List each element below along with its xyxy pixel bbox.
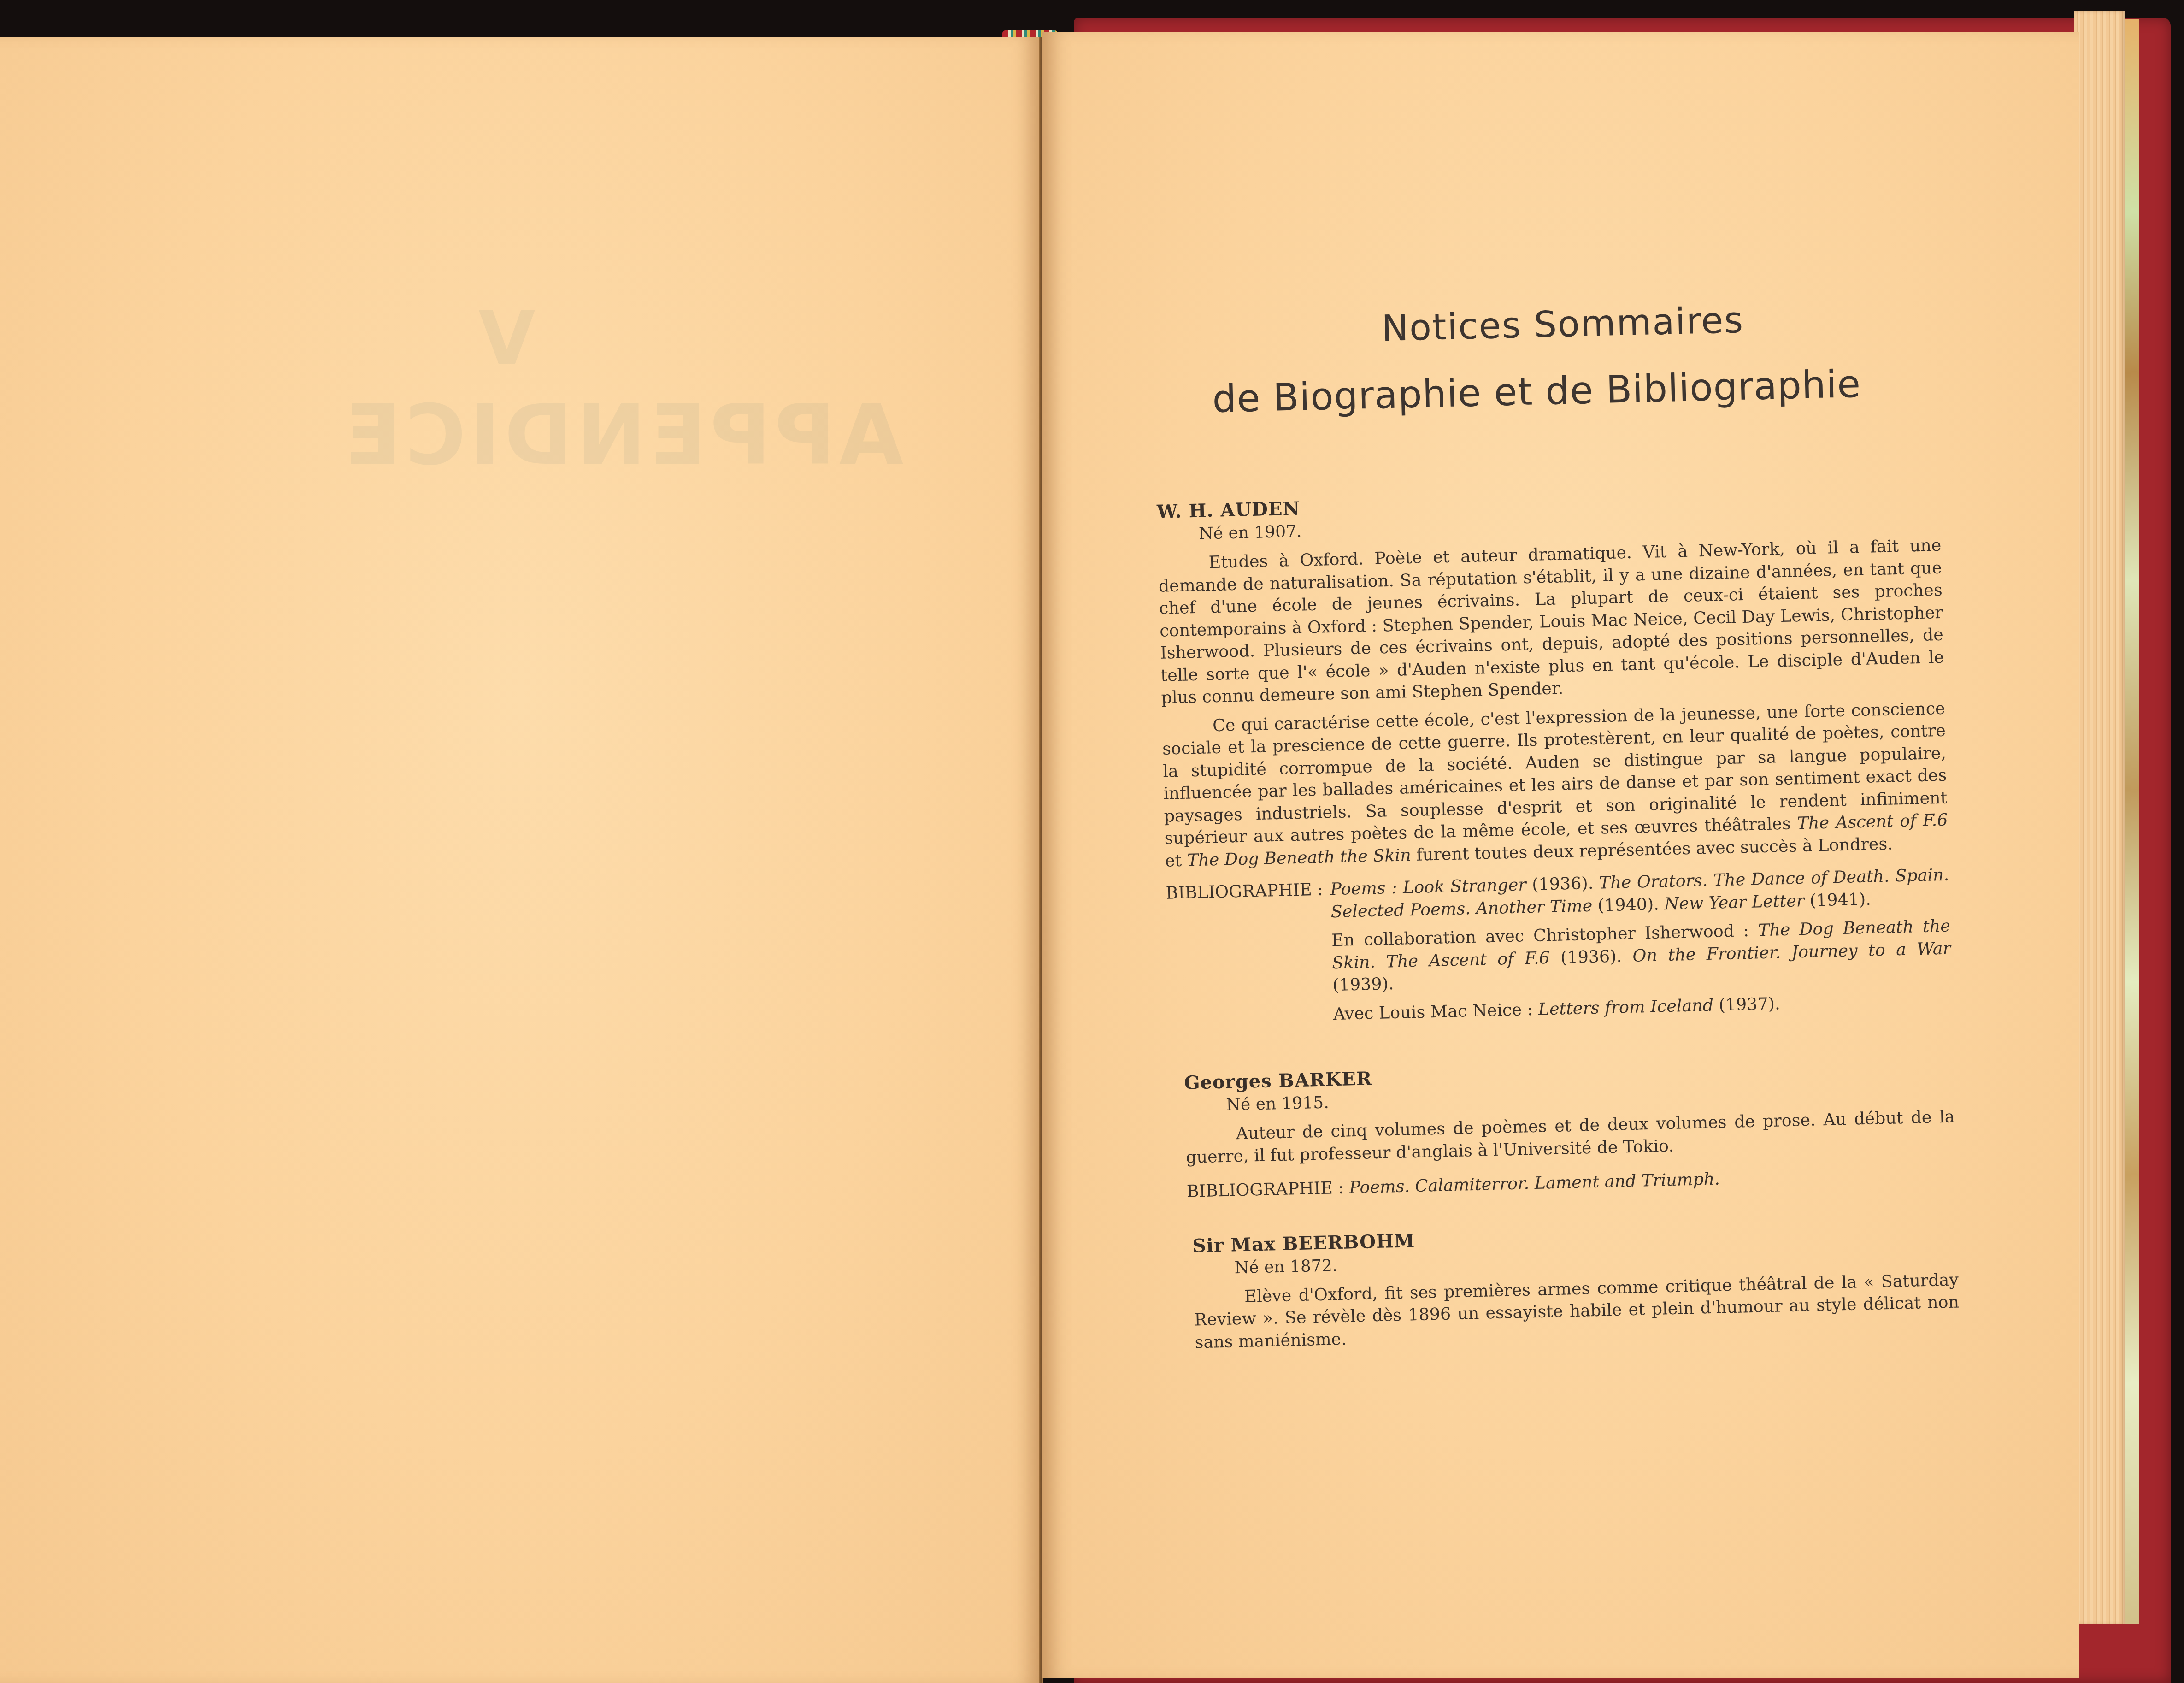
bibliography-list: Poems : Look Stranger (1936). The Orator… (1330, 864, 1952, 1032)
work-title: On the Frontier. Journey to a War (1632, 938, 1951, 965)
text-run: (1936). (1549, 945, 1633, 967)
bibliography-item: Poems : Look Stranger (1936). The Orator… (1330, 864, 1950, 923)
entry-barker: Georges BARKER Né en 1915. Auteur de cin… (1184, 1054, 1956, 1203)
text-run: (1941). (1804, 889, 1872, 910)
author-surname: BARKER (1278, 1068, 1372, 1092)
text-run: (1940). (1592, 894, 1665, 915)
bibliography-label: BIBLIOGRAPHIE : (1186, 1178, 1344, 1201)
author-surname: BEERBOHM (1282, 1230, 1415, 1255)
text-run: (1936). (1526, 873, 1599, 895)
bibliography: BIBLIOGRAPHIE : Poems : Look Stranger (1… (1166, 864, 1952, 1036)
text-run: (1939). (1332, 974, 1394, 995)
author-prefix: Sir Max (1192, 1233, 1276, 1257)
author-prefix: Georges (1184, 1070, 1272, 1093)
work-title: Poems : Look Stranger (1330, 874, 1526, 899)
page-edges (2074, 11, 2125, 1624)
work-title: The Ascent of F.6 (1797, 810, 1948, 833)
work-title: New Year Letter (1664, 891, 1805, 914)
biography-paragraph: Etudes à Oxford. Poète et auteur dramati… (1158, 534, 1945, 709)
left-page: V APPENDICE (0, 37, 1041, 1683)
show-through-numeral: V (475, 295, 536, 381)
author-surname: AUDEN (1220, 498, 1301, 521)
entry-auden: W. H. AUDEN Né en 1907. Etudes à Oxford.… (1157, 483, 1953, 1036)
text-run: (1937). (1713, 993, 1780, 1015)
work-title: Poems. Calamiterror. Lament and Triumph. (1349, 1169, 1720, 1198)
marbled-endpaper (2125, 19, 2139, 1624)
entry-beerbohm: Sir Max BEERBOHM Né en 1872. Elève d'Oxf… (1192, 1217, 1960, 1354)
biography-paragraph: Ce qui caractérise cette école, c'est l'… (1162, 697, 1949, 872)
author-prefix: W. H. (1157, 500, 1214, 523)
bibliography-item: En collaboration avec Christopher Isherw… (1331, 915, 1952, 997)
bibliography: BIBLIOGRAPHIE : Poems. Calamiterror. Lam… (1186, 1162, 1956, 1203)
text-run: Avec Louis Mac Neice : (1333, 999, 1538, 1023)
text-run: et (1165, 850, 1187, 870)
work-title: Letters from Iceland (1538, 995, 1713, 1019)
biography-paragraph: Auteur de cinq volumes de poèmes et de d… (1185, 1105, 1955, 1168)
page-title-line-2: de Biographie et de Bibliographie (1135, 360, 1938, 423)
bibliography-label: BIBLIOGRAPHIE : (1166, 878, 1334, 1035)
right-page-content: Notices Sommaires de Biographie et de Bi… (1152, 295, 1960, 1354)
show-through-heading: APPENDICE (341, 387, 903, 484)
work-title: The Dog Beneath the Skin (1187, 845, 1411, 870)
